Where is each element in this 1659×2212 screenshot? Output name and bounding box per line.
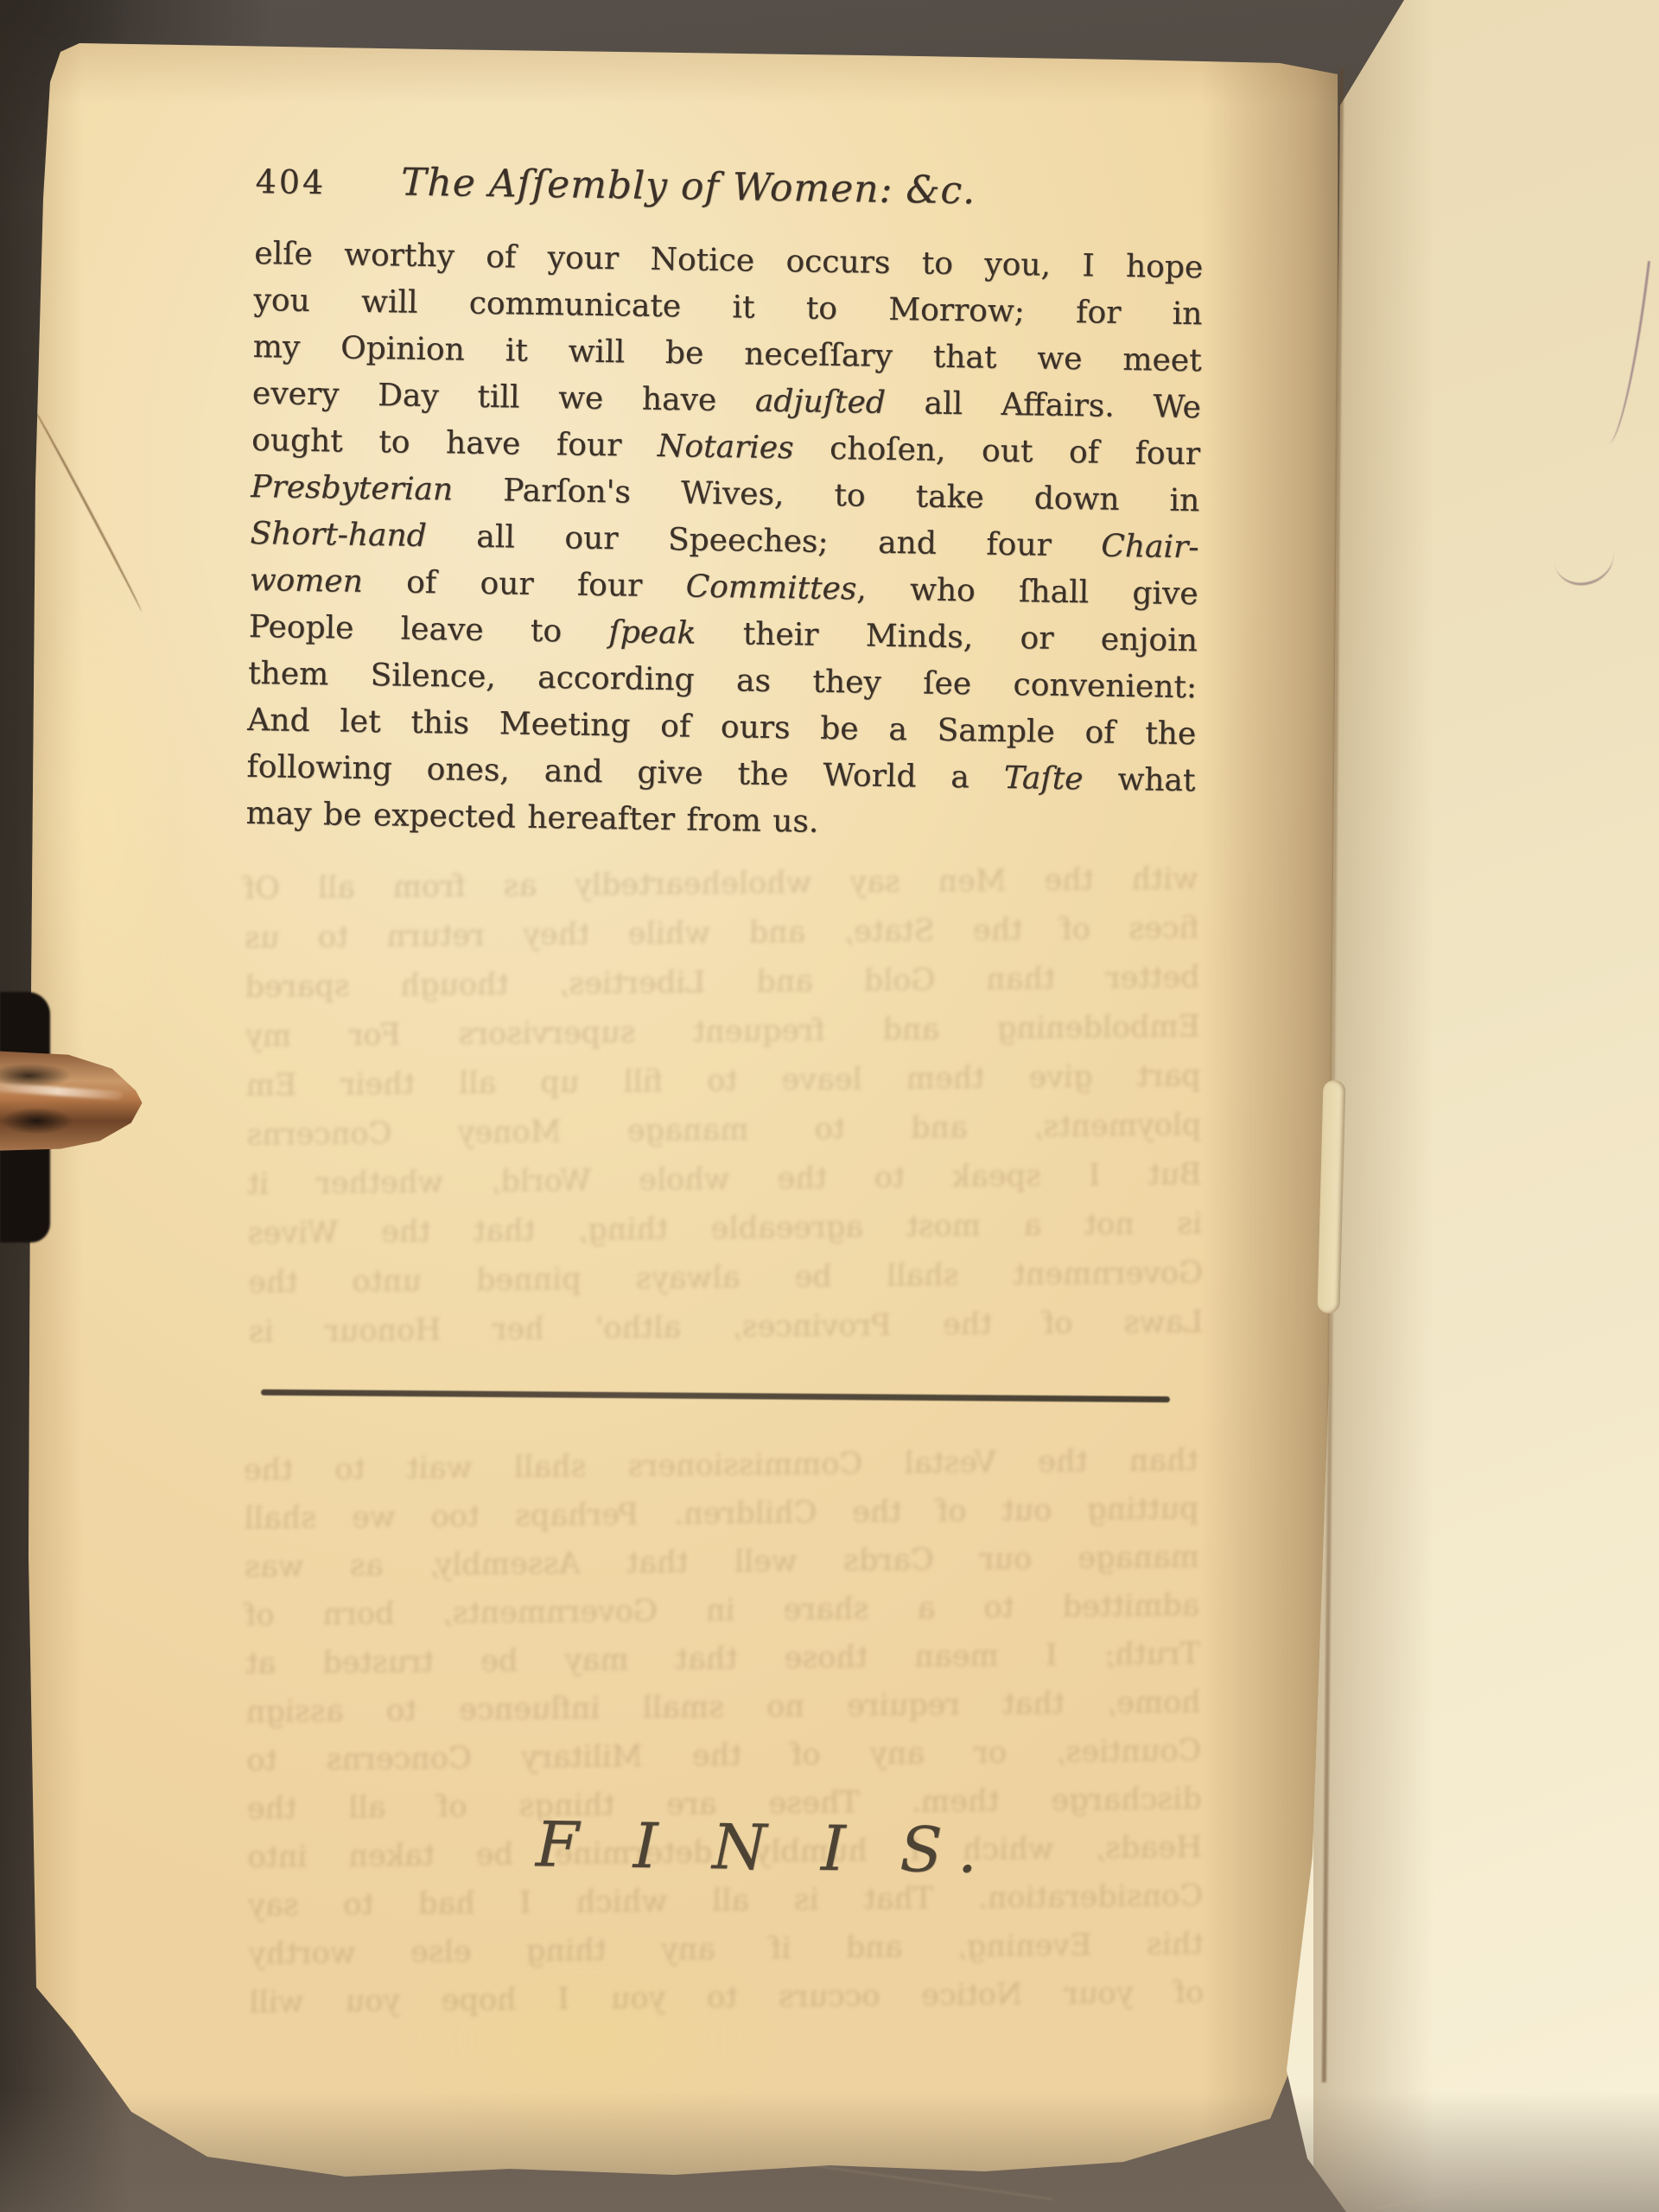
bleedthrough-text-above-rule: with the Men say wholeheartedly as from … bbox=[244, 855, 1204, 1357]
clasp-highlight bbox=[0, 1083, 123, 1100]
book-photo: with the Men say wholeheartedly as from … bbox=[0, 0, 1659, 2212]
bleedthrough-line: of your Notice occurs to you I hope you … bbox=[249, 1968, 1205, 2027]
printed-text-block: 404 The Aſſembly of Women: &c. elſe wort… bbox=[245, 157, 1205, 851]
pen-mark bbox=[1606, 258, 1650, 445]
running-title: The Aſſembly of Women: &c. bbox=[401, 160, 976, 215]
page-number: 404 bbox=[255, 158, 326, 206]
bleedthrough-text-below-rule: than the Vestal Commissioners shall wait… bbox=[244, 1436, 1205, 2027]
pen-mark bbox=[1550, 524, 1618, 588]
finis-label: F I N I S. bbox=[535, 1808, 995, 1886]
body-paragraph: elſe worthy of your Notice occurs to you… bbox=[245, 231, 1203, 851]
background-bottom-band bbox=[0, 2091, 1659, 2212]
bleedthrough-line: Laws of the Provinces, altho' her Honour… bbox=[248, 1298, 1204, 1357]
